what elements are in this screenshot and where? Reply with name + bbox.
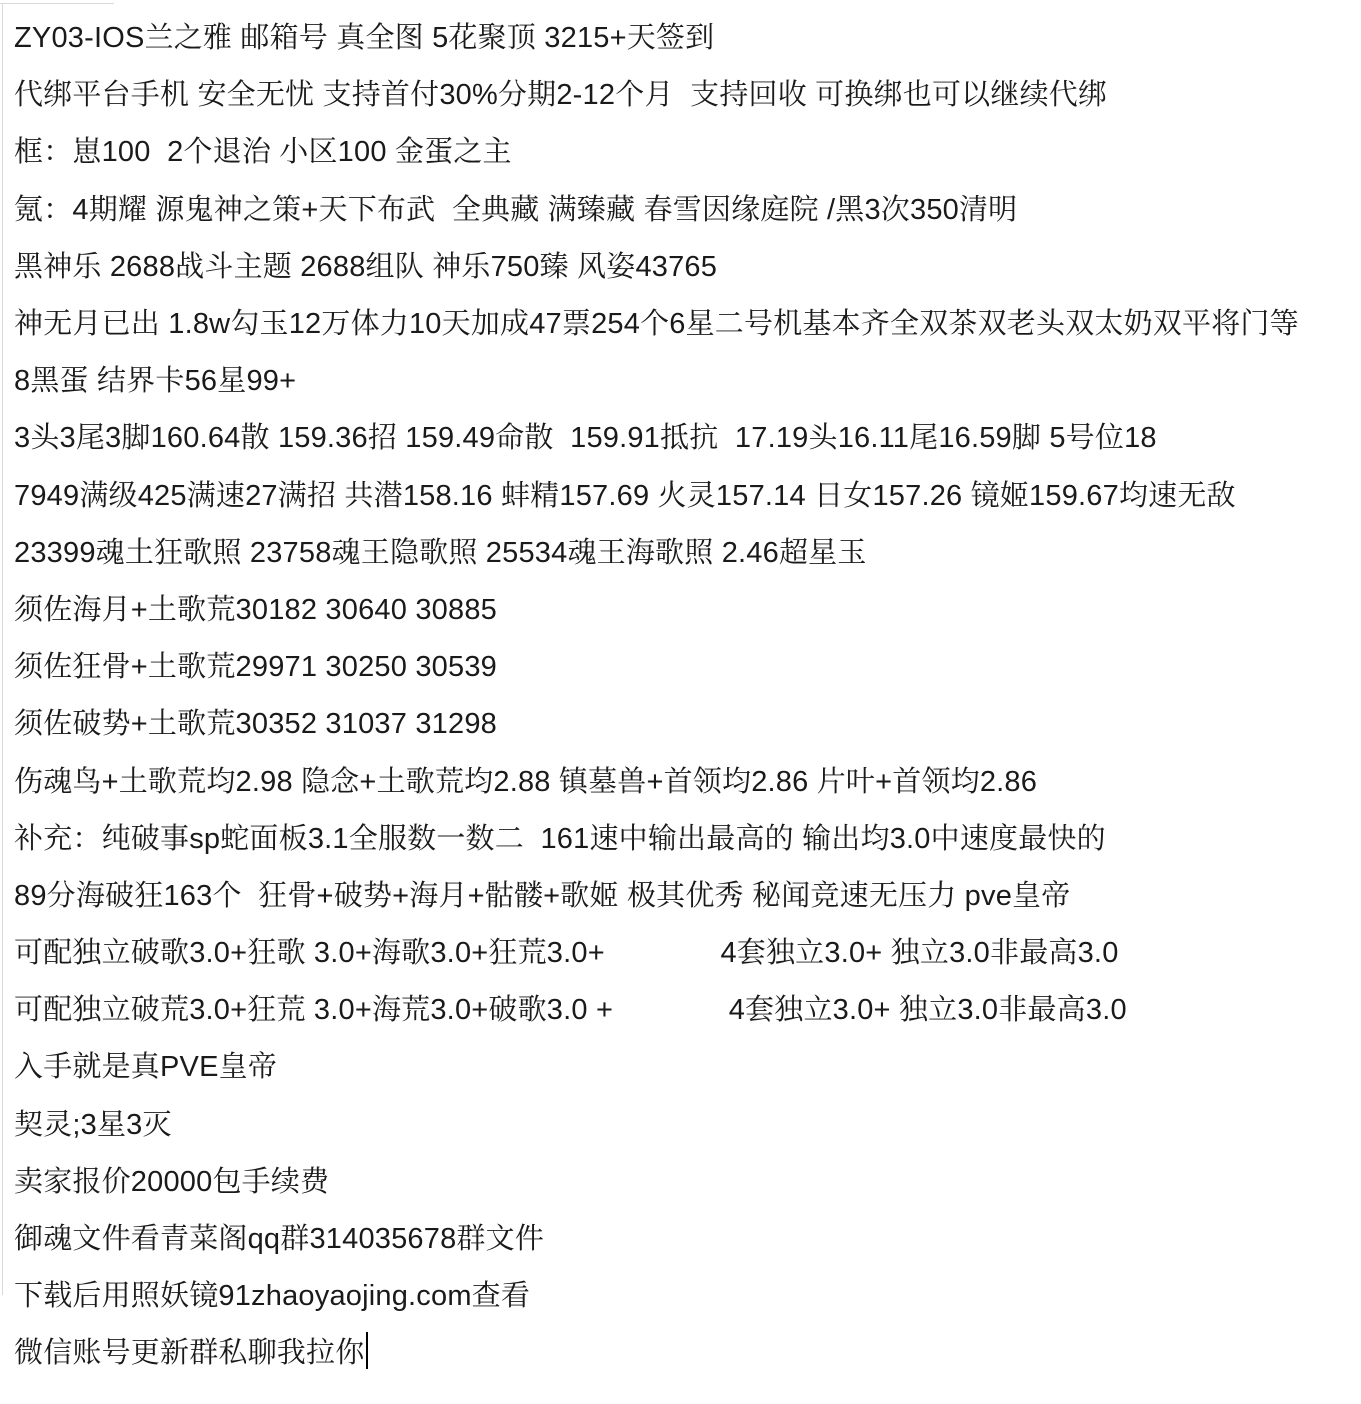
text-caret [366,1332,368,1369]
text-line: 补充：纯破事sp蛇面板3.1全服数一数二 161速中输出最高的 输出均3.0中速… [14,808,1361,865]
text-line: 可配独立破歌3.0+狂歌 3.0+海歌3.0+狂荒3.0+ 4套独立3.0+ 独… [14,922,1361,979]
text-line: 入手就是真PVE皇帝 [14,1036,1361,1093]
last-line-text: 微信账号更新群私聊我拉你 [14,1330,364,1371]
text-line: 卖家报价20000包手续费 [14,1151,1361,1208]
text-line: 氪：4期耀 源鬼神之策+天下布武 全典藏 满臻藏 春雪因缘庭院 /黑3次350清… [14,179,1361,236]
text-line: 可配独立破荒3.0+狂荒 3.0+海荒3.0+破歌3.0 + 4套独立3.0+ … [14,979,1361,1036]
text-line: 代绑平台手机 安全无忧 支持首付30%分期2-12个月 支持回收 可换绑也可以继… [14,64,1361,121]
text-content[interactable]: ZY03-IOS兰之雅 邮箱号 真全图 5花聚顶 3215+天签到 代绑平台手机… [14,7,1361,1380]
text-line: ZY03-IOS兰之雅 邮箱号 真全图 5花聚顶 3215+天签到 [14,7,1361,64]
text-line: 须佐破势+土歌荒30352 31037 31298 [14,693,1361,750]
text-line: 须佐狂骨+土歌荒29971 30250 30539 [14,636,1361,693]
text-line: 3头3尾3脚160.64散 159.36招 159.49命散 159.91抵抗 … [14,407,1361,464]
page-border-left [2,3,3,1295]
text-line: 23399魂土狂歌照 23758魂王隐歌照 25534魂王海歌照 2.46超星玉 [14,522,1361,579]
text-line: 黑神乐 2688战斗主题 2688组队 神乐750臻 风姿43765 [14,236,1361,293]
text-line: 神无月已出 1.8w勾玉12万体力10天加成47票254个6星二号机基本齐全双茶… [14,293,1361,350]
text-line: 89分海破狂163个 狂骨+破势+海月+骷髅+歌姬 极其优秀 秘闻竞速无压力 p… [14,865,1361,922]
text-line: 伤魂鸟+土歌荒均2.98 隐念+土歌荒均2.88 镇墓兽+首领均2.86 片叶+… [14,750,1361,807]
text-line: 微信账号更新群私聊我拉你 [14,1322,1361,1379]
text-line: 8黑蛋 结界卡56星99+ [14,350,1361,407]
text-line: 7949满级425满速27满招 共潜158.16 蚌精157.69 火灵157.… [14,465,1361,522]
document-page[interactable]: ZY03-IOS兰之雅 邮箱号 真全图 5花聚顶 3215+天签到 代绑平台手机… [0,0,1361,1404]
text-line: 须佐海月+土歌荒30182 30640 30885 [14,579,1361,636]
text-line: 下载后用照妖镜91zhaoyaojing.com查看 [14,1265,1361,1322]
text-line: 框：崽100 2个退治 小区100 金蛋之主 [14,121,1361,178]
page-border-top [0,3,114,4]
text-line: 御魂文件看青菜阁qq群314035678群文件 [14,1208,1361,1265]
text-line: 契灵;3星3灭 [14,1094,1361,1151]
